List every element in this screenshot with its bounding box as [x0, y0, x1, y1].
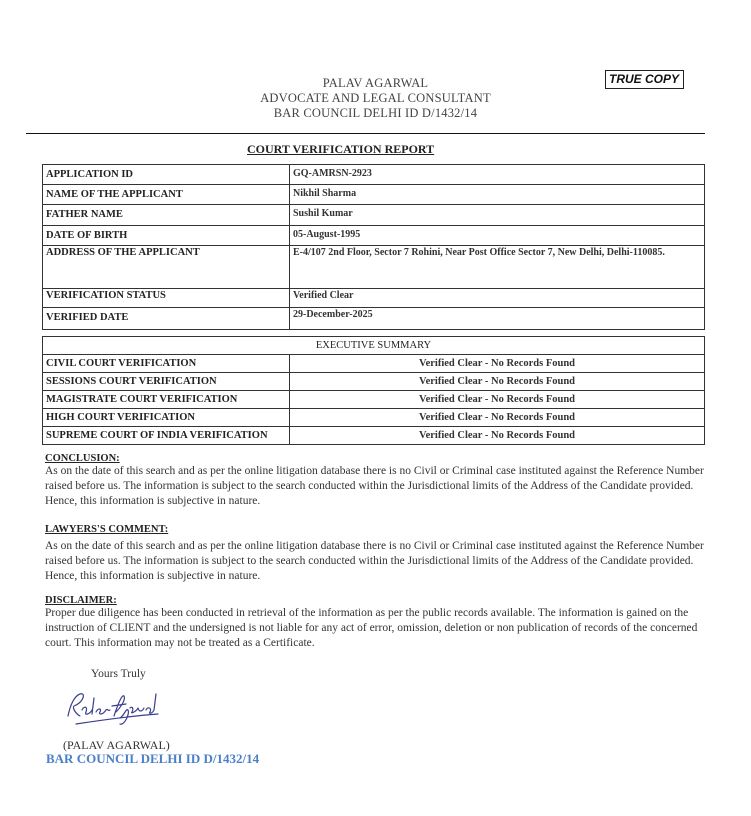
- detail-label: APPLICATION ID: [43, 165, 290, 185]
- summary-label: MAGISTRATE COURT VERIFICATION: [43, 391, 290, 409]
- detail-label: VERIFIED DATE: [43, 308, 290, 330]
- summary-value: Verified Clear - No Records Found: [290, 391, 705, 409]
- detail-label: VERIFICATION STATUS: [43, 289, 290, 308]
- lawyers-comment-section: LAWYERS'S COMMENT: As on the date of thi…: [45, 524, 705, 584]
- summary-value: Verified Clear - No Records Found: [290, 373, 705, 391]
- disclaimer-text: Proper due diligence has been conducted …: [45, 606, 705, 651]
- summary-label: HIGH COURT VERIFICATION: [43, 409, 290, 427]
- table-row: NAME OF THE APPLICANT Nikhil Sharma: [43, 185, 705, 205]
- conclusion-heading: CONCLUSION:: [45, 453, 705, 464]
- table-row: ADDRESS OF THE APPLICANT E-4/107 2nd Flo…: [43, 246, 705, 289]
- summary-title: EXECUTIVE SUMMARY: [43, 337, 705, 355]
- father-name-value: Sushil Kumar: [290, 205, 705, 226]
- table-row: DATE OF BIRTH 05-August-1995: [43, 226, 705, 246]
- application-id-value: GQ-AMRSN-2923: [290, 165, 705, 185]
- summary-label: CIVIL COURT VERIFICATION: [43, 355, 290, 373]
- summary-label: SESSIONS COURT VERIFICATION: [43, 373, 290, 391]
- applicant-details-table: APPLICATION ID GQ-AMRSN-2923 NAME OF THE…: [42, 164, 705, 330]
- true-copy-stamp: TRUE COPY: [605, 70, 684, 89]
- header-divider: [26, 133, 705, 134]
- table-row: MAGISTRATE COURT VERIFICATION Verified C…: [43, 391, 705, 409]
- table-row: APPLICATION ID GQ-AMRSN-2923: [43, 165, 705, 185]
- disclaimer-section: DISCLAIMER: Proper due diligence has bee…: [45, 595, 705, 651]
- table-row: EXECUTIVE SUMMARY: [43, 337, 705, 355]
- table-row: SESSIONS COURT VERIFICATION Verified Cle…: [43, 373, 705, 391]
- closing-text: Yours Truly: [91, 668, 146, 680]
- summary-value: Verified Clear - No Records Found: [290, 427, 705, 445]
- dob-value: 05-August-1995: [290, 226, 705, 246]
- applicant-name-value: Nikhil Sharma: [290, 185, 705, 205]
- executive-summary-table: EXECUTIVE SUMMARY CIVIL COURT VERIFICATI…: [42, 336, 705, 445]
- table-row: VERIFIED DATE 29-December-2025: [43, 308, 705, 330]
- lawyers-comment-text: As on the date of this search and as per…: [45, 539, 705, 584]
- summary-label: SUPREME COURT OF INDIA VERIFICATION: [43, 427, 290, 445]
- detail-label: ADDRESS OF THE APPLICANT: [43, 246, 290, 289]
- verification-status-value: Verified Clear: [290, 289, 705, 308]
- detail-label: FATHER NAME: [43, 205, 290, 226]
- letterhead-designation: ADVOCATE AND LEGAL CONSULTANT: [0, 91, 751, 106]
- report-title: COURT VERIFICATION REPORT: [247, 142, 434, 157]
- signature-icon: [62, 686, 162, 735]
- table-row: VERIFICATION STATUS Verified Clear: [43, 289, 705, 308]
- summary-value: Verified Clear - No Records Found: [290, 409, 705, 427]
- conclusion-section: CONCLUSION: As on the date of this searc…: [45, 453, 705, 509]
- table-row: HIGH COURT VERIFICATION Verified Clear -…: [43, 409, 705, 427]
- verified-date-value: 29-December-2025: [290, 308, 705, 330]
- lawyers-comment-heading: LAWYERS'S COMMENT:: [45, 524, 705, 535]
- table-row: CIVIL COURT VERIFICATION Verified Clear …: [43, 355, 705, 373]
- summary-value: Verified Clear - No Records Found: [290, 355, 705, 373]
- table-row: FATHER NAME Sushil Kumar: [43, 205, 705, 226]
- address-value: E-4/107 2nd Floor, Sector 7 Rohini, Near…: [290, 246, 705, 289]
- signatory-bar-id: BAR COUNCIL DELHI ID D/1432/14: [46, 751, 259, 767]
- detail-label: NAME OF THE APPLICANT: [43, 185, 290, 205]
- conclusion-text: As on the date of this search and as per…: [45, 464, 705, 509]
- disclaimer-heading: DISCLAIMER:: [45, 595, 705, 606]
- table-row: SUPREME COURT OF INDIA VERIFICATION Veri…: [43, 427, 705, 445]
- letterhead-bar-id: BAR COUNCIL DELHI ID D/1432/14: [0, 106, 751, 121]
- detail-label: DATE OF BIRTH: [43, 226, 290, 246]
